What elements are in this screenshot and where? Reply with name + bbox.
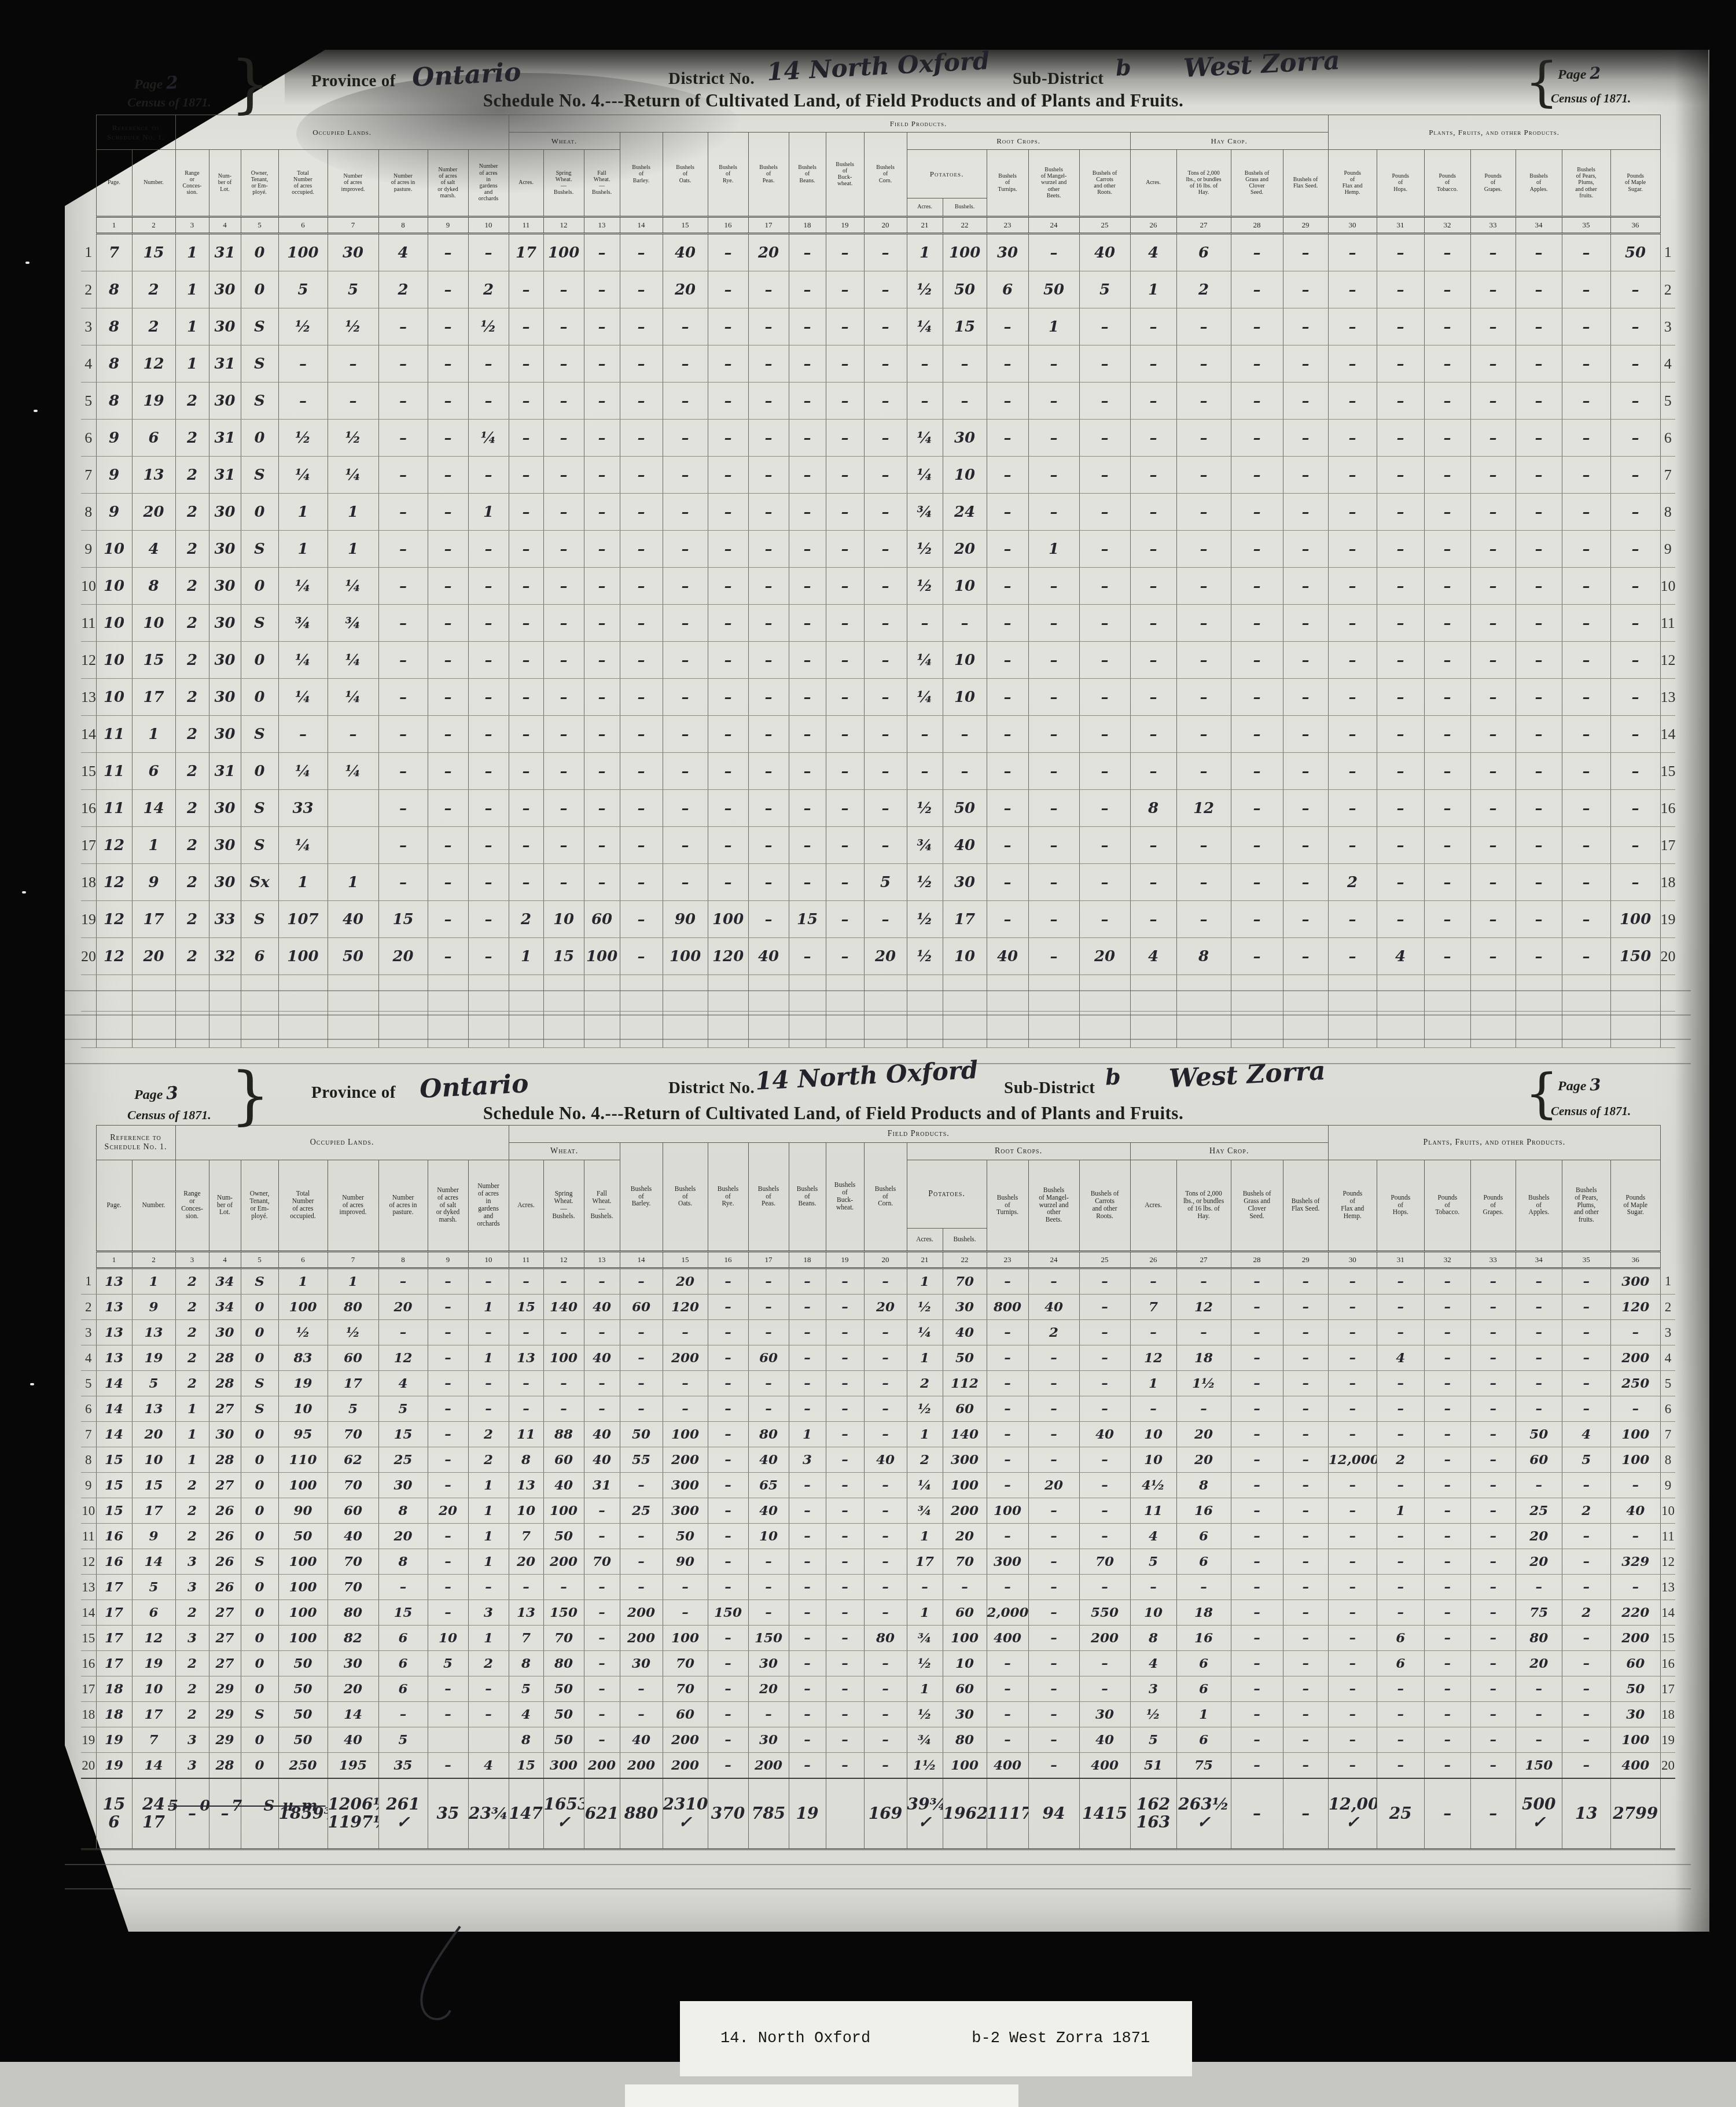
cell: – (987, 531, 1028, 568)
cell: 6 (132, 1600, 175, 1626)
record-row: 19197329050405850–40200–30–––¾80––4056––… (81, 1727, 1675, 1753)
cell: – (1283, 1320, 1328, 1345)
cell: – (584, 1727, 620, 1753)
column-number: 28 (1231, 1252, 1283, 1268)
cell: 30 (209, 1422, 241, 1447)
cell: 29 (209, 1727, 241, 1753)
cell: ½ (907, 1396, 943, 1422)
cell: – (789, 308, 826, 345)
cell: – (428, 1295, 468, 1320)
cell: – (1377, 901, 1424, 938)
cell: 0 (241, 1727, 278, 1753)
cell: 100 (543, 1498, 584, 1524)
cell: – (1610, 271, 1660, 308)
column-number: 9 (428, 217, 468, 234)
cell: 100 (943, 234, 987, 271)
cell: – (584, 1676, 620, 1702)
column-label: Number of acres in pasture. (378, 1160, 428, 1252)
cell: – (1424, 1753, 1470, 1779)
cell: – (708, 1549, 748, 1575)
cell: 5 (132, 1371, 175, 1396)
column-number: 7 (328, 1252, 378, 1268)
cell: – (1424, 568, 1470, 605)
cell: – (1470, 605, 1516, 642)
cell: – (663, 790, 708, 827)
cell: – (1562, 1702, 1610, 1727)
cell: 250 (1610, 1371, 1660, 1396)
row-number: 19 (81, 1727, 96, 1753)
cell: – (1079, 1295, 1130, 1320)
cell: 2 (468, 1651, 509, 1676)
cell: 2 (175, 901, 209, 938)
total-cell: 1653 ✓ (543, 1778, 584, 1849)
record-row: 16171922705030652880–3070–30–––½10–––46–… (81, 1651, 1675, 1676)
cell: – (620, 531, 663, 568)
column-label: Bushels of Beans. (789, 1143, 826, 1252)
cell: – (1079, 531, 1130, 568)
row-number (1660, 1778, 1675, 1849)
column-number: 32 (1424, 217, 1470, 234)
cell: – (987, 1447, 1028, 1473)
cell: – (1610, 642, 1660, 679)
cell: – (1231, 1396, 1283, 1422)
cell: – (663, 716, 708, 753)
cell: – (468, 679, 509, 716)
cell: – (543, 827, 584, 864)
cell: – (1079, 1575, 1130, 1600)
row-number: 19 (1660, 1727, 1675, 1753)
row-number: 10 (1660, 568, 1675, 605)
group-occupied-lands: Occupied Lands. (175, 115, 509, 150)
cell: – (1176, 531, 1231, 568)
cell: 17 (132, 1498, 175, 1524)
cell: 33 (278, 790, 328, 827)
cell: – (1516, 1727, 1562, 1753)
record-row: 1310172300¼¼–––––––––––––¼10––––––––––––… (81, 679, 1675, 716)
column-label: Pounds of Grapes. (1470, 150, 1516, 217)
record-row: 18129230Sx11––––––––––––5½30–––––––2––––… (81, 864, 1675, 901)
cell: – (1377, 1295, 1424, 1320)
cell: – (509, 1320, 543, 1345)
cell: 8 (96, 345, 132, 383)
cell: – (987, 753, 1028, 790)
cell: 19 (132, 383, 175, 420)
cell: S (241, 345, 278, 383)
cell: – (748, 753, 789, 790)
cell: – (826, 1702, 864, 1727)
cell: – (1028, 1396, 1079, 1422)
cell: – (826, 383, 864, 420)
cell: – (663, 864, 708, 901)
cell: – (748, 864, 789, 901)
cell: – (864, 827, 907, 864)
cell: 12 (132, 345, 175, 383)
cell: – (1231, 790, 1283, 827)
cell: – (1283, 1345, 1328, 1371)
cell: 50 (543, 1727, 584, 1753)
cell: – (789, 864, 826, 901)
cell: – (708, 383, 748, 420)
cell: – (1079, 1651, 1130, 1676)
margin-head (1660, 1126, 1675, 1268)
cell: 1 (328, 494, 378, 531)
cell: – (826, 234, 864, 271)
record-row: 13175326010070––––––––––––––––––––––––––… (81, 1575, 1675, 1600)
cell: 26 (209, 1498, 241, 1524)
cell: – (1470, 494, 1516, 531)
cell: – (708, 308, 748, 345)
cell: – (1424, 1447, 1470, 1473)
cell: 0 (241, 1626, 278, 1651)
cell: 17 (907, 1549, 943, 1575)
cell: – (789, 383, 826, 420)
row-number: 6 (81, 420, 96, 457)
cell: – (1377, 679, 1424, 716)
column-label: Bushels of Corn. (864, 133, 907, 217)
cell: 10 (96, 605, 132, 642)
cell: 7 (132, 1727, 175, 1753)
cell: 30 (987, 234, 1028, 271)
page-number-handwritten: 3 (1589, 1075, 1601, 1095)
column-label: Pounds of Tobacco. (1424, 150, 1470, 217)
cell: – (789, 1371, 826, 1396)
cell: – (1328, 271, 1377, 308)
cell: 60 (328, 1498, 378, 1524)
cell: – (1328, 383, 1377, 420)
row-number: 12 (1660, 642, 1675, 679)
column-number: 18 (789, 217, 826, 234)
cell: – (987, 383, 1028, 420)
group-potatoes: Potatoes. (907, 1160, 987, 1229)
cell: – (1610, 1524, 1660, 1549)
cell: 2 (175, 457, 209, 494)
cell: – (1424, 345, 1470, 383)
record-row: 171810229050206––550––70–20–––160–––36––… (81, 1676, 1675, 1702)
cell: 4 (1562, 1422, 1610, 1447)
cell: – (864, 1753, 907, 1779)
cell: – (1328, 642, 1377, 679)
cell: ¾ (907, 494, 943, 531)
cell: ½ (907, 901, 943, 938)
cell: – (826, 1626, 864, 1651)
cell: – (1424, 308, 1470, 345)
cell: – (708, 1345, 748, 1371)
cell: 9 (132, 1524, 175, 1549)
cell: 1 (907, 1345, 943, 1371)
cell: – (584, 679, 620, 716)
cell: – (663, 827, 708, 864)
cell: – (708, 1422, 748, 1447)
page-word: Page (134, 77, 163, 92)
cell: 8 (509, 1651, 543, 1676)
cell: 1 (175, 1447, 209, 1473)
cell: – (987, 494, 1028, 531)
cell: – (378, 864, 428, 901)
row-number: 13 (1660, 679, 1675, 716)
column-number: 21 (907, 1252, 943, 1268)
cell: – (987, 642, 1028, 679)
cell: – (468, 568, 509, 605)
row-number: 16 (81, 790, 96, 827)
cell: – (1470, 1651, 1516, 1676)
column-number: 27 (1176, 217, 1231, 234)
page-word: Page (134, 1087, 163, 1102)
cell: – (1130, 420, 1176, 457)
cell: – (1176, 864, 1231, 901)
record-row: 181817229S5014–––450––60–––––½30––30½1––… (81, 1702, 1675, 1727)
cell: 2 (1562, 1498, 1610, 1524)
cell: 30 (378, 1473, 428, 1498)
cell: – (620, 716, 663, 753)
cell: – (620, 753, 663, 790)
total-cell: 1117½ (987, 1778, 1028, 1849)
column-number: 22 (943, 217, 987, 234)
cell: 1 (907, 1422, 943, 1447)
page3-header: Page 3 Census of 1871. } Province of Ont… (81, 1067, 1693, 1123)
cell: 30 (1610, 1702, 1660, 1727)
cell: – (378, 1320, 428, 1345)
cell: – (748, 271, 789, 308)
cell: – (468, 1575, 509, 1600)
cell: – (1424, 790, 1470, 827)
cell: – (1079, 1345, 1130, 1371)
cell: 200 (620, 1626, 663, 1651)
cell: – (708, 568, 748, 605)
cell: – (428, 1320, 468, 1345)
record-row: 161114230S33–––––––––––––½50–––812––––––… (81, 790, 1675, 827)
total-cell: 2799 (1610, 1778, 1660, 1849)
cell: 2 (175, 1320, 209, 1345)
cell: 27 (209, 1600, 241, 1626)
cell: – (1424, 1626, 1470, 1651)
cell: 8 (1176, 1473, 1231, 1498)
cell: – (1562, 1626, 1610, 1651)
cell: 10 (943, 679, 987, 716)
cell: 90 (663, 1549, 708, 1575)
cell: 6 (1377, 1626, 1424, 1651)
cell: 200 (663, 1753, 708, 1779)
cell: 40 (1028, 1295, 1079, 1320)
cell: – (1377, 1727, 1424, 1753)
cell: – (1130, 345, 1176, 383)
cell: – (1470, 383, 1516, 420)
cell: – (663, 1575, 708, 1600)
cell: 1 (328, 531, 378, 568)
column-label: Range or Conces- sion. (175, 150, 209, 217)
column-label: Number of acres of salt or dyked marsh. (428, 1160, 468, 1252)
cell: – (543, 308, 584, 345)
cell: 1 (175, 1396, 209, 1422)
cell: 10 (943, 457, 987, 494)
cell: ¼ (907, 642, 943, 679)
row-number: 9 (1660, 531, 1675, 568)
cell: – (1562, 1320, 1610, 1345)
cell: 10 (748, 1524, 789, 1549)
record-row: 14111230S–––––––––––––––––––––––––––––––… (81, 716, 1675, 753)
cell: – (1328, 1575, 1377, 1600)
row-number: 3 (81, 308, 96, 345)
total-cell: 23¾ (468, 1778, 509, 1849)
column-number: 13 (584, 1252, 620, 1268)
column-number: 21 (907, 217, 943, 234)
total-cell: 19 (789, 1778, 826, 1849)
cell: – (1562, 1676, 1610, 1702)
column-label: Bushels of Flax Seed. (1283, 150, 1328, 217)
cell: – (864, 1575, 907, 1600)
cell: – (1610, 864, 1660, 901)
cell: 150 (543, 1600, 584, 1626)
total-cell: 263½ ✓ (1176, 1778, 1231, 1849)
cell: – (663, 457, 708, 494)
cell: 83 (278, 1345, 328, 1371)
cell: – (663, 383, 708, 420)
cell: 30 (209, 605, 241, 642)
cell: 1 (1028, 531, 1079, 568)
column-number: 24 (1028, 217, 1079, 234)
cell: – (1079, 1447, 1130, 1473)
cell: 1 (789, 1422, 826, 1447)
cell: – (708, 271, 748, 308)
cell: – (584, 1371, 620, 1396)
cell: – (826, 568, 864, 605)
record-row: 8151012801106225–28604055200–403–402300–… (81, 1447, 1675, 1473)
row-number: 8 (1660, 1447, 1675, 1473)
total-cell: 1962 (943, 1778, 987, 1849)
cell: – (663, 1396, 708, 1422)
cell: – (1562, 679, 1610, 716)
cell: – (708, 494, 748, 531)
cell: – (1470, 1702, 1516, 1727)
cell: – (708, 1268, 748, 1295)
cell: – (328, 345, 378, 383)
cell: 2 (175, 531, 209, 568)
cell: 100 (278, 1626, 328, 1651)
cell: 5 (378, 1727, 428, 1753)
cell: 75 (1516, 1600, 1562, 1626)
cell: – (620, 568, 663, 605)
column-label: Bushels. (943, 198, 987, 217)
row-number: 4 (81, 1345, 96, 1371)
column-label: Bushels of Apples. (1516, 150, 1562, 217)
column-number: 6 (278, 1252, 328, 1268)
subdistrict-letter-handwritten: b (1105, 1063, 1121, 1090)
cell: 30 (943, 420, 987, 457)
cell: 1 (1130, 1371, 1176, 1396)
column-number: 7 (328, 217, 378, 234)
cell: – (1328, 716, 1377, 753)
cell: 15 (378, 901, 428, 938)
cell: 12,000 (1328, 1447, 1377, 1473)
cell: 5 (132, 1575, 175, 1600)
cell: – (663, 642, 708, 679)
cell: – (1424, 1371, 1470, 1396)
cell: – (1328, 1702, 1377, 1727)
microfilm-caption: 14. North Oxford b-2 West Zorra 1871 (680, 2001, 1192, 2076)
cell: 250 (278, 1753, 328, 1779)
cell: – (748, 716, 789, 753)
row-number: 15 (1660, 1626, 1675, 1651)
cell: – (1328, 457, 1377, 494)
cell: 50 (543, 1524, 584, 1549)
cell: – (1377, 827, 1424, 864)
group-reference: Reference to Schedule No. 1. (96, 1126, 175, 1160)
column-label: Number of acres improved. (328, 1160, 378, 1252)
cell: 50 (543, 1676, 584, 1702)
record-row: 191217233S1074015––21060–90100–15––½17––… (81, 901, 1675, 938)
subdistrict-label: Sub-District (1004, 1079, 1095, 1098)
cell: – (1231, 271, 1283, 308)
cell: – (1610, 716, 1660, 753)
cell: – (1516, 1371, 1562, 1396)
cell: – (378, 1268, 428, 1295)
cell: 24 (943, 494, 987, 531)
cell: 35 (378, 1753, 428, 1779)
cell: – (1130, 679, 1176, 716)
cell: – (543, 494, 584, 531)
cell: 30 (209, 642, 241, 679)
cell: 1 (1377, 1498, 1424, 1524)
cell: – (1377, 1268, 1424, 1295)
cell: 100 (278, 1549, 328, 1575)
cell: – (543, 642, 584, 679)
cell: – (1516, 457, 1562, 494)
page-label: Page 2 (134, 73, 178, 93)
row-number: 9 (81, 1473, 96, 1498)
cell: – (428, 271, 468, 308)
cell: – (826, 642, 864, 679)
cell: 140 (543, 1295, 584, 1320)
cell: – (1283, 1524, 1328, 1549)
column-number: 17 (748, 1252, 789, 1268)
cell: – (1516, 1676, 1562, 1702)
cell: – (428, 1396, 468, 1422)
cell: 4 (378, 1371, 428, 1396)
cell: 2 (132, 308, 175, 345)
cell: – (864, 271, 907, 308)
cell: – (328, 716, 378, 753)
column-number: 3 (175, 217, 209, 234)
cell: – (1176, 827, 1231, 864)
cell: – (987, 1727, 1028, 1753)
group-occupied-lands: Occupied Lands. (175, 1126, 509, 1160)
row-number: 11 (81, 605, 96, 642)
cell: – (1028, 1651, 1079, 1676)
cell: – (1028, 1524, 1079, 1549)
schedule-page-3: Page 3 Census of 1871. } Province of Ont… (81, 1067, 1693, 1850)
cell: 2 (1562, 1600, 1610, 1626)
cell: 30 (209, 1320, 241, 1345)
cell: – (584, 1702, 620, 1727)
province-handwritten: Ontario (411, 57, 522, 93)
cell: – (328, 383, 378, 420)
cell: – (748, 790, 789, 827)
cell: – (1424, 1268, 1470, 1295)
cell: – (428, 827, 468, 864)
cell: – (1377, 1320, 1424, 1345)
cell: – (748, 1371, 789, 1396)
cell: 6 (132, 753, 175, 790)
cell: – (620, 1575, 663, 1600)
cell: 6 (1176, 1524, 1231, 1549)
cell: – (826, 1371, 864, 1396)
column-label: Bushels of Barley. (620, 133, 663, 217)
cell: 70 (943, 1549, 987, 1575)
record-row: 1417622701008015–313150–200–150––––1602,… (81, 1600, 1675, 1626)
cell: – (864, 345, 907, 383)
column-number: 12 (543, 217, 584, 234)
cell: – (826, 901, 864, 938)
cell: – (708, 679, 748, 716)
